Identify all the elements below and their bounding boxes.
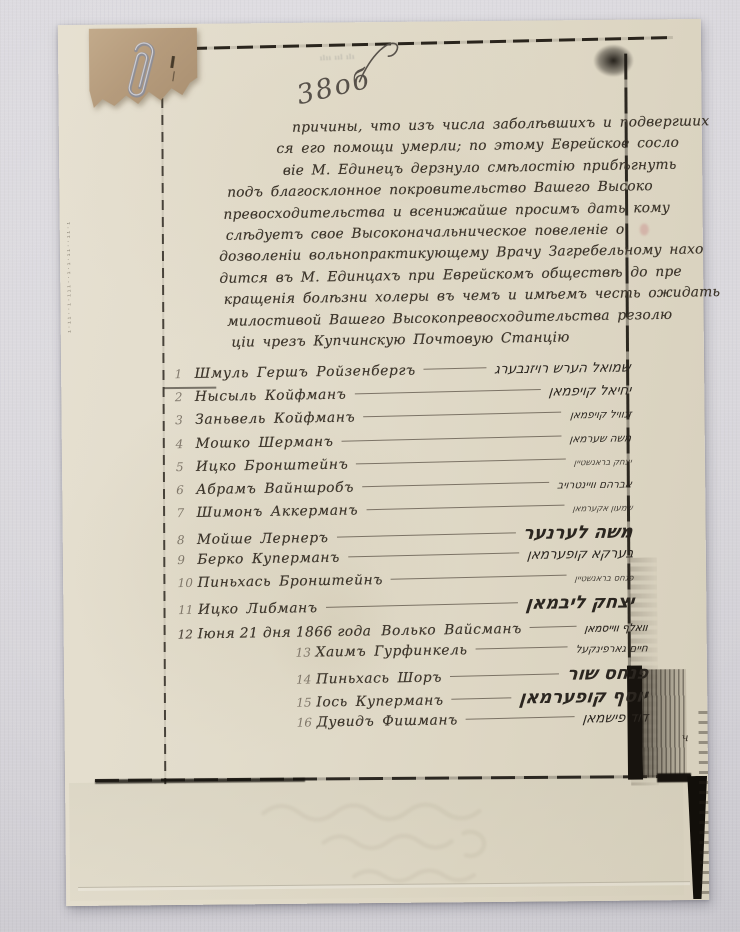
signatory-name: Дувидъ Фишманъ (317, 712, 458, 730)
hebrew-signature: וואלף ווייסמאן (584, 622, 648, 635)
row-number: 16 (297, 715, 317, 729)
hebrew-signature: אברהם וויינטרויב (557, 478, 633, 491)
signature-dash (366, 505, 564, 511)
list-row: 16Дувидъ Фишманъדוד פישמאן (297, 709, 649, 737)
date-text: Іюня 21 дня 1866 года (198, 623, 372, 642)
signatory-name: Хаимъ Гурфинкель (316, 642, 468, 660)
photo-background: ı·ıı··ı·ııı··ı·ı·ıı··ıı·ı ılıı ııl ılı 3… (0, 0, 740, 932)
row-number: 12 (178, 627, 198, 641)
signature-dash (466, 716, 575, 720)
faint-stamp: ılıı ııl ılı (320, 54, 355, 63)
signatory-name: Берко Куперманъ (197, 549, 340, 567)
hebrew-signature: משה לערנער (522, 522, 634, 545)
row-number: 13 (296, 645, 316, 659)
signatory-name: Пиньхась Шоръ (316, 670, 442, 688)
row-number: 11 (178, 603, 198, 617)
signature-dash (424, 367, 487, 369)
signatory-name: Заньвель Койфманъ (195, 410, 355, 428)
edge-microtext: ı·ıı··ı·ııı··ı·ı·ıı··ıı·ı (65, 103, 77, 333)
hebrew-signature: יצחק בראנשטיין (574, 457, 633, 468)
signature-dash (348, 552, 519, 557)
row-number: 10 (178, 576, 198, 590)
black-corner (657, 773, 691, 782)
signatory-name: Ицко Бронштейнъ (196, 456, 349, 474)
hebrew-signature: זנוויל קויפמאן (569, 409, 632, 422)
hebrew-signature: פנחס בראנשטיין (574, 573, 634, 584)
hebrew-signature: שמעון אקערמאן (572, 504, 633, 515)
hebrew-signature: פנחס שור (565, 663, 649, 685)
row-number: 1 (174, 367, 194, 381)
corner-mark: ч (682, 731, 689, 744)
signatory-name: Нысыль Койфманъ (195, 387, 347, 405)
signatory-name: Пиньхась Бронштейнъ (197, 572, 383, 591)
hebrew-signature: יחיאל קויפמאן (548, 383, 632, 400)
ghost-writing (203, 782, 644, 896)
signature-list: 1Шмуль Гершъ Ройзенбергъשמואל הערש רויזנ… (174, 359, 634, 621)
row-number: 9 (177, 552, 197, 566)
signature-list-lower: 13Хаимъ Гурфинкельחיים גארפינקעל14Пиньха… (296, 640, 649, 738)
manuscript-body: причины, что изъ числа заболѣвшихъ и под… (214, 114, 670, 356)
row-number: 2 (175, 390, 195, 404)
signature-dash (356, 458, 566, 464)
signature-dash (336, 533, 515, 538)
signature-dash (341, 435, 561, 441)
signatory-name: Волько Вайсманъ (381, 621, 522, 639)
signatory-name: Шимонъ Аккерманъ (196, 503, 358, 521)
signature-dash (363, 412, 561, 418)
row-number: 5 (176, 460, 196, 474)
hebrew-signature: חיים גארפינקעל (575, 643, 649, 656)
signatory-name: Абрамъ Вайншробъ (196, 479, 354, 497)
signatory-name: Шмуль Гершъ Ройзенбергъ (194, 363, 416, 382)
row-number: 3 (175, 413, 195, 427)
signatory-name: Ицко Либманъ (198, 600, 318, 618)
hebrew-signature: שמואל הערש רויזנבערג (494, 359, 632, 377)
signature-dash (354, 389, 540, 394)
signature-dash (362, 482, 549, 487)
hebrew-signature: בערקא קופערמאן (526, 545, 634, 563)
signatory-name: Іось Куперманъ (316, 693, 444, 711)
row-number: 15 (296, 696, 316, 710)
document-sheet: ı·ıı··ı·ııı··ı·ı·ıı··ıı·ı ılıı ııl ılı 3… (58, 19, 709, 906)
signatory-name: Мойше Лернеръ (197, 530, 329, 548)
hebrew-signature: יצחק ליבמאן (524, 591, 635, 614)
copy-border-left (161, 98, 166, 784)
row-number: 6 (176, 483, 196, 497)
signatory-name: Мошко Шерманъ (195, 433, 333, 451)
signature-dash (450, 674, 559, 678)
row-number: 7 (176, 506, 196, 520)
row-number: 8 (177, 533, 197, 547)
ink-blot (589, 37, 647, 82)
signature-dash (530, 626, 577, 628)
signature-dash (326, 602, 518, 608)
row-number: 14 (296, 673, 316, 687)
hebrew-signature: משה שערמאן (569, 432, 632, 445)
hebrew-signature: יוסף קופערמאן (519, 686, 650, 709)
signature-dash (391, 574, 567, 579)
torn-paper-patch (89, 28, 198, 115)
row-number: 4 (175, 436, 195, 450)
signature-dash (452, 698, 512, 700)
signature-dash (476, 646, 568, 649)
hebrew-signature: דוד פישמאן (582, 709, 649, 726)
edge-speckle (698, 709, 709, 894)
